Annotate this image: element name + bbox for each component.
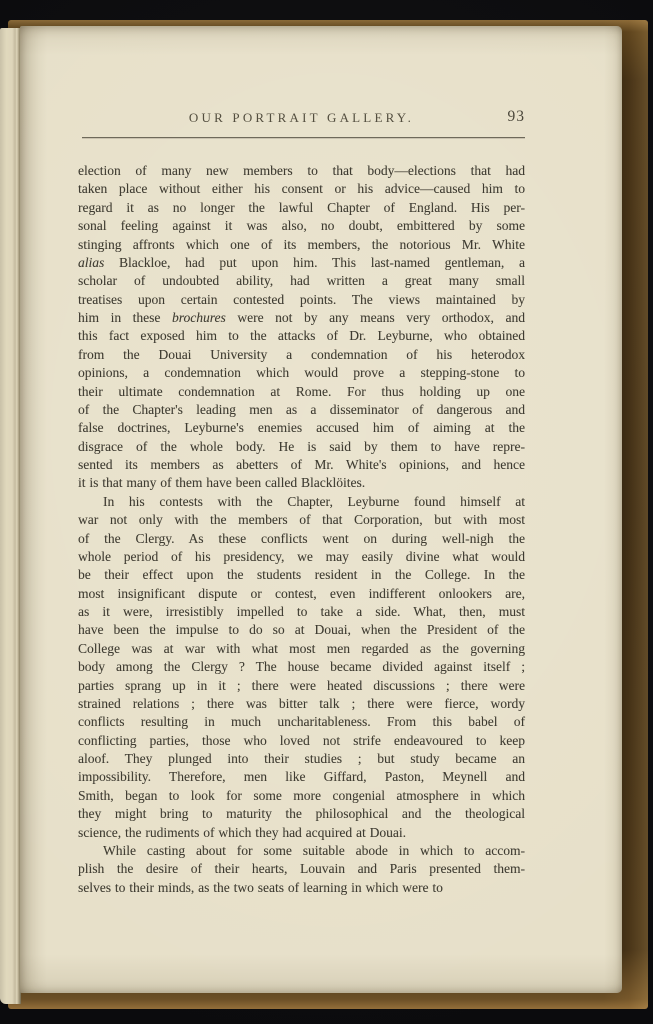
book-photo: OUR PORTRAIT GALLERY. 93 election of man… <box>0 0 653 1024</box>
text-line: as it were, irresistibly impelled to tak… <box>78 603 525 621</box>
text-line: opinions, a condemnation which would pro… <box>78 364 525 382</box>
text-line: it is that many of them have been called… <box>78 474 525 492</box>
text-line: conflicts resulting in much uncharitable… <box>78 713 525 731</box>
text-line: of the Clergy. As these conflicts went o… <box>78 530 525 548</box>
page: OUR PORTRAIT GALLERY. 93 election of man… <box>20 26 622 993</box>
text-line: war not only with the members of that Co… <box>78 511 525 529</box>
text-line: College was at war with what most men re… <box>78 640 525 658</box>
text-line: In his contests with the Chapter, Leybur… <box>78 493 525 511</box>
header-title: OUR PORTRAIT GALLERY. <box>78 110 525 126</box>
text-line: treatises upon certain contested points.… <box>78 291 525 309</box>
text-line: most insignificant dispute or contest, e… <box>78 585 525 603</box>
text-line: plish the desire of their hearts, Louvai… <box>78 860 525 878</box>
text-line: this fact exposed him to the attacks of … <box>78 327 525 345</box>
text-line: him in these brochures were not by any m… <box>78 309 525 327</box>
text-line: taken place without either his consent o… <box>78 180 525 198</box>
text-line: be their effect upon the students reside… <box>78 566 525 584</box>
text-line: selves to their minds, as the two seats … <box>78 879 525 897</box>
text-line: sented its members as abetters of Mr. Wh… <box>78 456 525 474</box>
header-rule <box>82 137 525 138</box>
text-line: While casting about for some suitable ab… <box>78 842 525 860</box>
text-line: false doctrines, Leyburne's enemies accu… <box>78 419 525 437</box>
text-line: conflicting parties, those who loved not… <box>78 732 525 750</box>
text-line: alias Blackloe, had put upon him. This l… <box>78 254 525 272</box>
text-line: science, the rudiments of which they had… <box>78 824 525 842</box>
text-line: their ultimate condemnation at Rome. For… <box>78 383 525 401</box>
text-line: stinging affronts which one of its membe… <box>78 236 525 254</box>
text-line: regard it as no longer the lawful Chapte… <box>78 199 525 217</box>
text-line: impossibility. Therefore, men like Giffa… <box>78 768 525 786</box>
text-line: body among the Clergy ? The house became… <box>78 658 525 676</box>
page-body: election of many new members to that bod… <box>78 162 525 897</box>
paragraph: election of many new members to that bod… <box>78 162 525 493</box>
page-content: OUR PORTRAIT GALLERY. 93 election of man… <box>78 110 525 897</box>
running-header: OUR PORTRAIT GALLERY. 93 <box>78 110 525 128</box>
text-line: of the Chapter's leading men as a dissem… <box>78 401 525 419</box>
text-line: aloof. They plunged into their studies ;… <box>78 750 525 768</box>
paragraph: While casting about for some suitable ab… <box>78 842 525 897</box>
text-line: parties sprang up in it ; there were hea… <box>78 677 525 695</box>
text-line: disgrace of the whole body. He is said b… <box>78 438 525 456</box>
text-line: strained relations ; there was bitter ta… <box>78 695 525 713</box>
text-line: they might bring to maturity the philoso… <box>78 805 525 823</box>
text-line: whole period of his presidency, we may e… <box>78 548 525 566</box>
page-edge-sliver <box>0 28 21 1004</box>
page-number: 93 <box>508 108 526 126</box>
paragraph: In his contests with the Chapter, Leybur… <box>78 493 525 842</box>
text-line: from the Douai University a condemnation… <box>78 346 525 364</box>
text-line: election of many new members to that bod… <box>78 162 525 180</box>
text-line: sonal feeling against it was also, no do… <box>78 217 525 235</box>
text-line: Smith, began to look for some more conge… <box>78 787 525 805</box>
text-line: have been the impulse to do so at Douai,… <box>78 621 525 639</box>
text-line: scholar of undoubted ability, had writte… <box>78 272 525 290</box>
